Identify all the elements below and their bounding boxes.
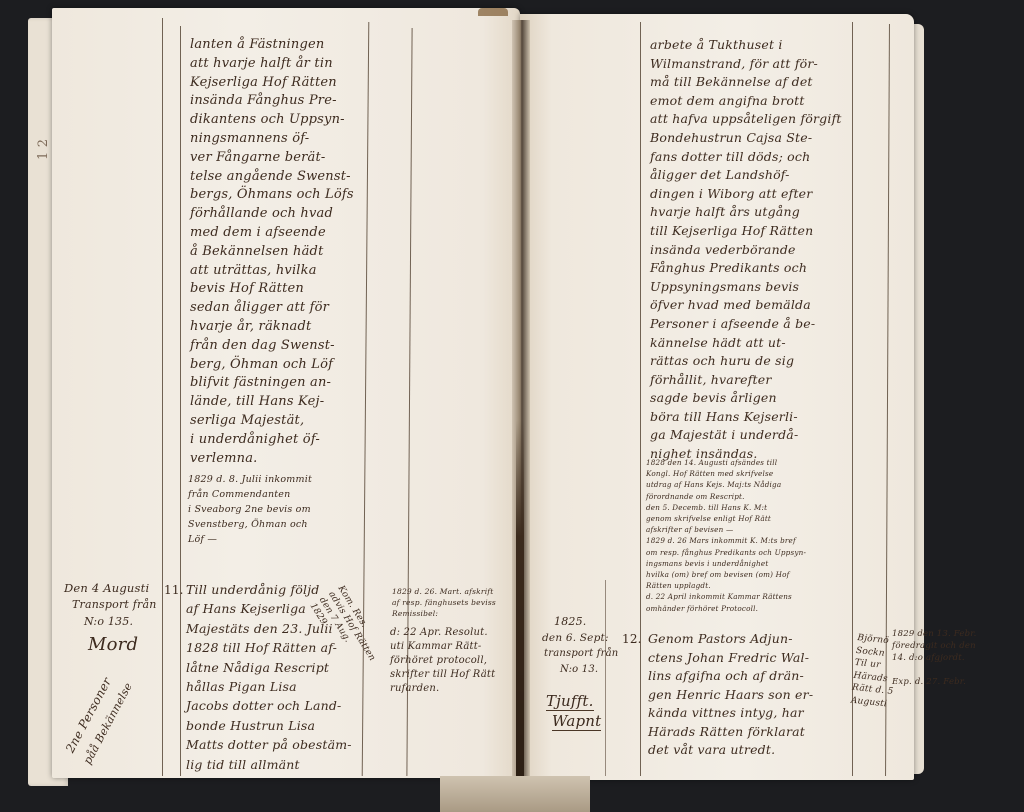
entry-12-number-label: 12. (622, 632, 642, 646)
entry-12-crime-1: Tjufft. (546, 692, 594, 711)
edge-marks: 1 2 (36, 139, 51, 160)
entry-12-date: den 6. Sept: (542, 630, 609, 646)
right-main-text: arbete å Tukthuset i Wilmanstrand, för a… (650, 36, 842, 464)
column-rule (852, 22, 853, 776)
entry-11-right-note-main: d: 22 Apr. Resolut. uti Kammar Rätt- för… (390, 626, 495, 696)
entry-11-right-note-small: 1829 d. 26. Mart. afskrift af resp. fäng… (392, 586, 496, 619)
entry-12-transport: transport från (544, 646, 618, 662)
entry-11-number-label: 11. (164, 583, 184, 597)
right-notes-1828-1829: 1828 den 14. Augusti afsändes till Kongl… (646, 457, 806, 614)
entry-11-crime: Mord (88, 634, 138, 655)
gutter-shadow (516, 420, 524, 810)
column-rule (640, 22, 641, 776)
entry-12-number: N:o 13. (560, 662, 598, 678)
column-rule (605, 580, 606, 776)
binding-stain (478, 8, 508, 16)
entry-12-text: Genom Pastors Adjun- ctens Johan Fredric… (648, 630, 813, 760)
left-note-1829: 1829 d. 8. Julii inkommit från Commendan… (188, 472, 312, 547)
binding-tail (440, 776, 590, 812)
entry-11-transport: Transport från (72, 597, 157, 613)
entry-12-right-note: 1829 den 13. Febr. föredragit och den 14… (892, 628, 977, 688)
entry-12-crime-2: Wapnt (552, 712, 601, 731)
entry-12-year: 1825. (554, 614, 587, 630)
left-main-text: lanten å Fästningen att hvarje halft år … (190, 36, 354, 468)
entry-11-date: Den 4 Augusti (64, 580, 149, 596)
column-rule (180, 26, 181, 776)
entry-11-number: N:o 135. (84, 614, 133, 630)
column-rule (162, 18, 163, 776)
